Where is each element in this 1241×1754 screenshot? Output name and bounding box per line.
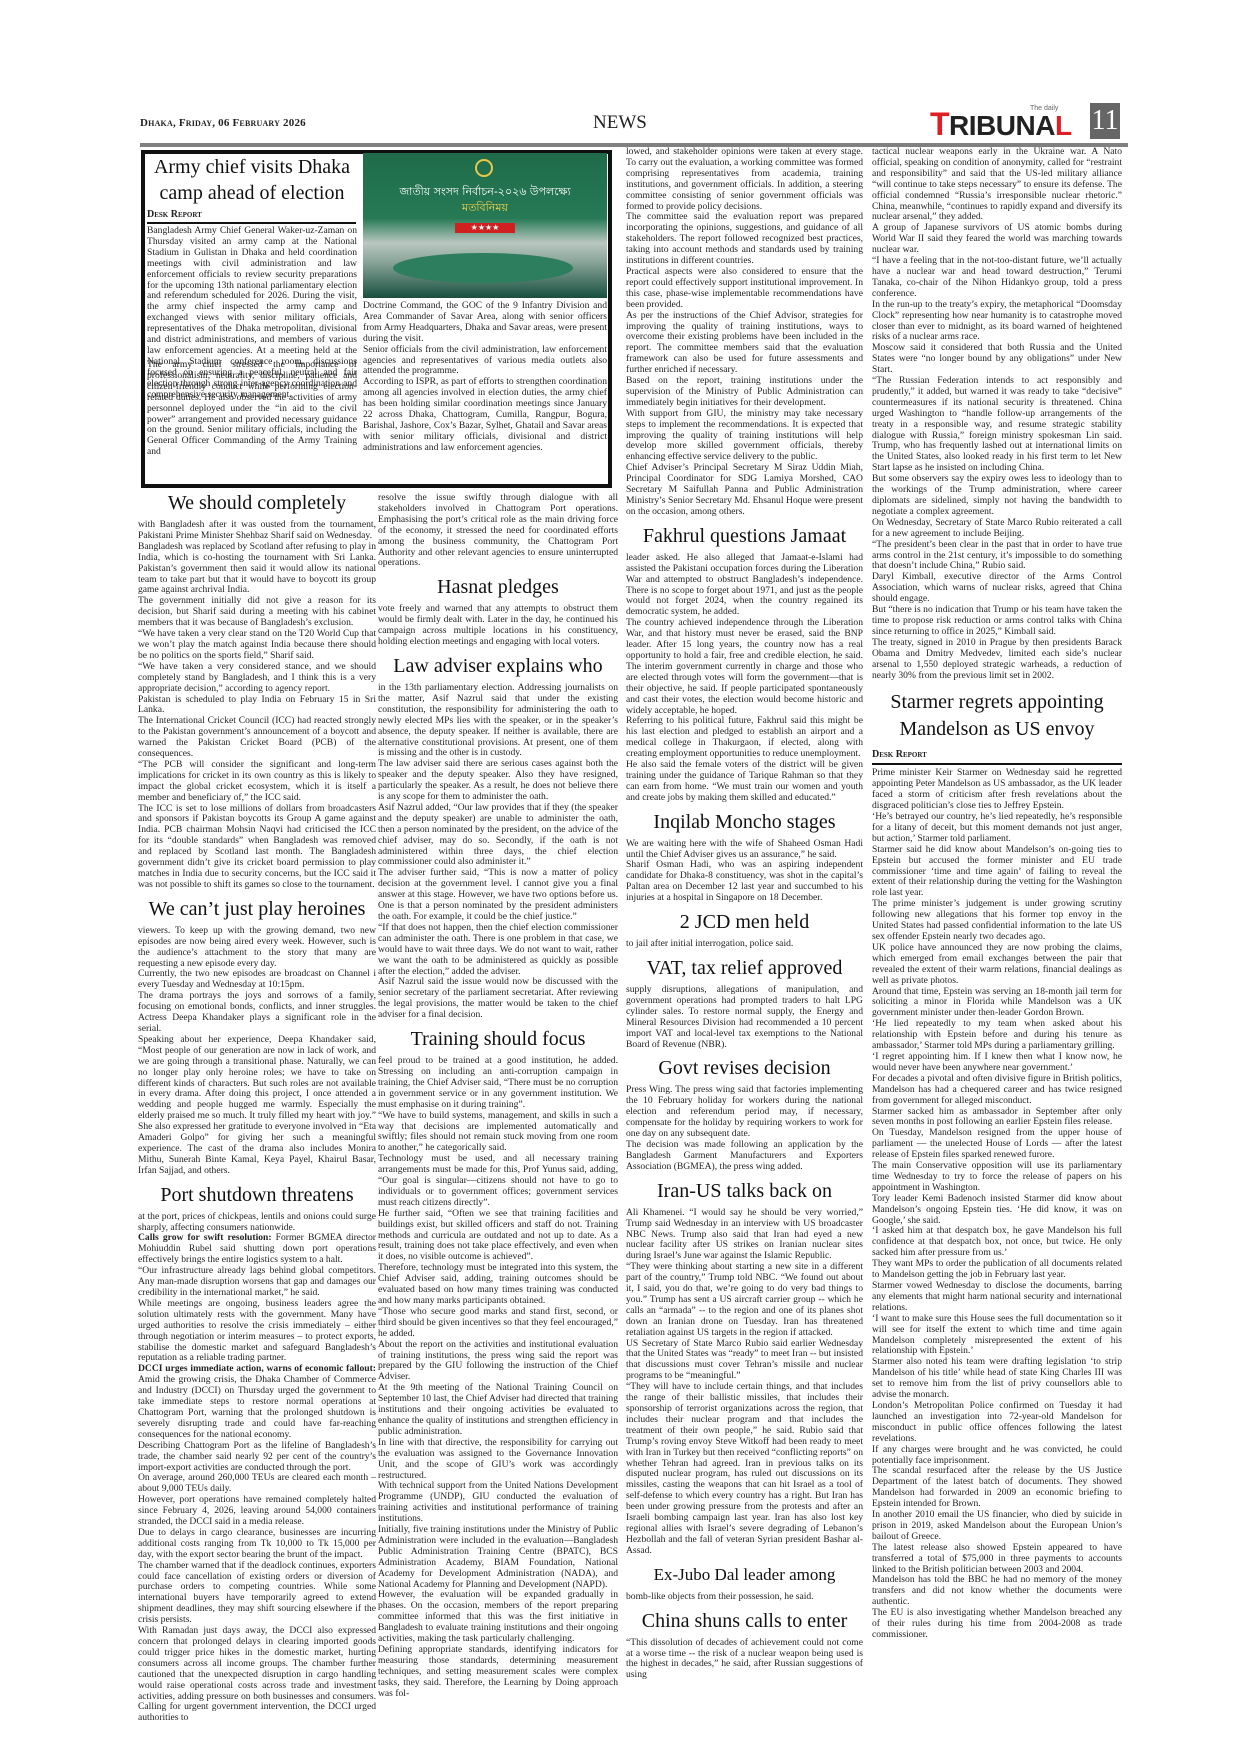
paragraph: About the report on the activities and i… bbox=[378, 1340, 618, 1384]
paragraph: UK police have announced they are now pr… bbox=[872, 943, 1122, 987]
paragraph: The main Conservative opposition will us… bbox=[872, 1161, 1122, 1194]
paragraph: Based on the report, training institutio… bbox=[626, 376, 863, 409]
paragraph: The drama portrays the joys and sorrows … bbox=[138, 991, 376, 1035]
paragraph: “We have to build systems, management, a… bbox=[378, 1111, 618, 1155]
paragraph: Asif Nazrul said the issue would now be … bbox=[378, 977, 618, 1021]
article-port-cont: resolve the issue swiftly through dialog… bbox=[378, 493, 618, 569]
column-3: lowed, and stakeholder opinions were tak… bbox=[626, 147, 863, 1681]
article-china: “This dissolution of decades of achievem… bbox=[626, 1638, 863, 1682]
article-iran: Ali Khamenei. “I would say he should be … bbox=[626, 1208, 863, 1557]
article-port: at the port, prices of chickpeas, lentil… bbox=[138, 1212, 376, 1725]
paragraph: to jail after initial interrogation, pol… bbox=[626, 939, 863, 950]
paragraph: The EU is also investigating whether Man… bbox=[872, 1608, 1122, 1641]
paragraph: Initially, five training institutions un… bbox=[378, 1525, 618, 1590]
paragraph: The scandal resurfaced after the release… bbox=[872, 1466, 1122, 1510]
headline-heroines: We can’t just play heroines bbox=[138, 897, 376, 921]
paragraph: Starmer sacked him as ambassador in Sept… bbox=[872, 1107, 1122, 1129]
paragraph: Mandelson has told the BBC he had no mem… bbox=[872, 1575, 1122, 1608]
paragraph: “I have a feeling that in the not-too-di… bbox=[872, 256, 1122, 300]
paragraph: Tory leader Kemi Badenoch insisted Starm… bbox=[872, 1194, 1122, 1227]
paragraph: Daryl Kimball, executive director of the… bbox=[872, 572, 1122, 605]
paragraph: Bangladesh was replaced by Scotland afte… bbox=[138, 542, 376, 597]
headline-china: China shuns calls to enter bbox=[626, 1609, 863, 1633]
article-jcd: to jail after initial interrogation, pol… bbox=[626, 939, 863, 950]
paragraph: Therefore, technology must be integrated… bbox=[378, 1263, 618, 1307]
lead-photo: জাতীয় সংসদ নির্বাচন-২০২৬ উপলক্ষ্যে মতবি… bbox=[363, 153, 607, 298]
logo-letter-l: L bbox=[1055, 110, 1072, 141]
paragraph: leader asked. He also alleged that Jamaa… bbox=[626, 553, 863, 618]
logo-letters-ribuna: RIBUNA bbox=[949, 110, 1055, 141]
paragraph: Sharif Osman Hadi, who was an aspiring i… bbox=[626, 860, 863, 904]
paragraph: US Secretary of State Marco Rubio said e… bbox=[626, 1339, 863, 1383]
paragraph: ‘I asked him at that despatch box, he ga… bbox=[872, 1226, 1122, 1259]
paragraph: Chief Adviser’s Principal Secretary M Si… bbox=[626, 463, 863, 518]
paragraph: feel proud to be trained at a good insti… bbox=[378, 1056, 618, 1111]
logo-wordmark: TRIBUNAL bbox=[930, 109, 1072, 141]
paragraph: Pakistan is scheduled to play India on F… bbox=[138, 695, 376, 717]
article-law: in the 13th parliamentary election. Addr… bbox=[378, 683, 618, 1021]
article-jubo: bomb-like objects from their possession,… bbox=[626, 1592, 863, 1603]
paragraph: However, port operations have remained c… bbox=[138, 1495, 376, 1528]
paragraph: Describing Chattogram Port as the lifeli… bbox=[138, 1441, 376, 1474]
starmer-byline: Desk Report bbox=[872, 749, 1122, 760]
headline-port: Port shutdown threatens bbox=[138, 1183, 376, 1207]
headline-fakhrul: Fakhrul questions Jamaat bbox=[626, 524, 863, 548]
paragraph: ‘He lied repeatedly to my team when aske… bbox=[872, 1019, 1122, 1052]
headline-training: Training should focus bbox=[378, 1027, 618, 1051]
paragraph: Asif Nazrul added, “Our law provides tha… bbox=[378, 803, 618, 868]
paragraph: Press Wing. The press wing said that fac… bbox=[626, 1085, 863, 1140]
paragraph: Ali Khamenei. “I would say he should be … bbox=[626, 1208, 863, 1263]
column-4: tactical nuclear weapons early in the Uk… bbox=[872, 147, 1122, 1641]
paragraph: He also said the female voters of the di… bbox=[626, 760, 863, 804]
headline-starmer: Starmer regrets appointing Mandelson as … bbox=[872, 689, 1122, 743]
paragraph: Doctrine Command, the GOC of the 9 Infan… bbox=[363, 301, 607, 345]
paragraph: With Ramadan just days away, the DCCI al… bbox=[138, 1626, 376, 1724]
paragraph: In the run-up to the treaty’s expiry, th… bbox=[872, 300, 1122, 344]
lead-headline: Army chief visits Dhaka camp ahead of el… bbox=[147, 154, 357, 206]
article-complete: with Bangladesh after it was ousted from… bbox=[138, 520, 376, 891]
paragraph: Calls grow for swift resolution: Former … bbox=[138, 1233, 376, 1266]
paragraph: “The PCB will consider the significant a… bbox=[138, 760, 376, 804]
lead-col1b: The army chief stressed the importance o… bbox=[147, 360, 357, 458]
paragraph: If any charges were brought and he was c… bbox=[872, 1445, 1122, 1467]
paragraph: at the port, prices of chickpeas, lentil… bbox=[138, 1212, 376, 1234]
paragraph: with Bangladesh after it was ousted from… bbox=[138, 520, 376, 542]
paragraph: Practical aspects were also considered t… bbox=[626, 267, 863, 311]
paragraph: “They will have to include certain thing… bbox=[626, 1382, 863, 1557]
paragraph: Starmer also noted his team were draftin… bbox=[872, 1357, 1122, 1401]
army-emblem-icon bbox=[475, 159, 493, 177]
paragraph: Speaking about her experience, Deepa Kha… bbox=[138, 1035, 376, 1177]
byline-rule bbox=[147, 222, 356, 224]
paragraph: They want MPs to order the publication o… bbox=[872, 1259, 1122, 1281]
paragraph: However, the evaluation will be expanded… bbox=[378, 1590, 618, 1645]
paragraph: The prime minister’s judgement is under … bbox=[872, 899, 1122, 943]
headline-law: Law adviser explains who bbox=[378, 654, 618, 678]
headline-hasnat: Hasnat pledges bbox=[378, 575, 618, 599]
paragraph: At the 9th meeting of the National Train… bbox=[378, 1383, 618, 1438]
headline-iran: Iran-US talks back on bbox=[626, 1179, 863, 1203]
paragraph: On Tuesday, Mandelson resigned from the … bbox=[872, 1128, 1122, 1161]
paragraph: ‘I regret appointing him. If I knew then… bbox=[872, 1052, 1122, 1074]
paragraph: tactical nuclear weapons early in the Uk… bbox=[872, 147, 1122, 223]
column-2: resolve the issue swiftly through dialog… bbox=[378, 493, 618, 1700]
article-starmer: Prime minister Keir Starmer on Wednesday… bbox=[872, 768, 1122, 1641]
paragraph: In another 2010 email the US financier, … bbox=[872, 1510, 1122, 1543]
paragraph: According to ISPR, as part of efforts to… bbox=[363, 377, 607, 453]
paragraph: The law adviser said there are serious c… bbox=[378, 759, 618, 803]
subhead: DCCI urges immediate action, warns of ec… bbox=[138, 1363, 376, 1374]
paragraph: Currently, the two new episodes are broa… bbox=[138, 969, 376, 991]
paragraph: The committee said the evaluation report… bbox=[626, 212, 863, 267]
paragraph: The country achieved independence throug… bbox=[626, 618, 863, 716]
lead-byline: Desk Report bbox=[147, 209, 202, 220]
paragraph: ‘He’s betrayed our country, he’s lied re… bbox=[872, 812, 1122, 845]
paragraph: resolve the issue swiftly through dialog… bbox=[378, 493, 618, 569]
article-training: feel proud to be trained at a good insti… bbox=[378, 1056, 618, 1699]
paragraph: With technical support from the United N… bbox=[378, 1481, 618, 1525]
paragraph: “Those who secure good marks and stand f… bbox=[378, 1307, 618, 1340]
paragraph: Defining appropriate standards, identify… bbox=[378, 1645, 618, 1700]
article-fakhrul: leader asked. He also alleged that Jamaa… bbox=[626, 553, 863, 804]
paragraph: “They were thinking about starting a new… bbox=[626, 1262, 863, 1338]
paragraph: “We have taken a very clear stand on the… bbox=[138, 629, 376, 662]
paragraph: The decision was made following an appli… bbox=[626, 1140, 863, 1173]
paragraph: “The Russian Federation intends to act r… bbox=[872, 376, 1122, 474]
paragraph: In line with that directive, the respons… bbox=[378, 1438, 618, 1482]
column-1: We should completely with Bangladesh aft… bbox=[138, 491, 376, 1724]
edition-date: Dhaka, Friday, 06 February 2026 bbox=[140, 117, 306, 129]
paragraph: But some observers say the expiry owes l… bbox=[872, 474, 1122, 518]
paragraph: A group of Japanese survivors of US atom… bbox=[872, 223, 1122, 256]
paragraph: While meetings are ongoing, business lea… bbox=[138, 1299, 376, 1364]
paragraph: Senior officials from the civil administ… bbox=[363, 345, 607, 378]
photo-banner-line2: মতবিনিময় bbox=[363, 199, 607, 218]
paragraph: “Our infrastructure already lags behind … bbox=[138, 1266, 376, 1299]
conference-table bbox=[393, 253, 573, 283]
paragraph: supply disruptions, allegations of manip… bbox=[626, 985, 863, 1050]
paragraph: Technology must be used, and all necessa… bbox=[378, 1154, 618, 1209]
paragraph: On average, around 260,000 TEUs are clea… bbox=[138, 1473, 376, 1495]
headline-inqilab: Inqilab Moncho stages bbox=[626, 810, 863, 834]
byline-rule bbox=[872, 763, 1122, 765]
paragraph: viewers. To keep up with the growing dem… bbox=[138, 926, 376, 970]
article-govt: Press Wing. The press wing said that fac… bbox=[626, 1085, 863, 1172]
paragraph: The adviser further said, “This is now a… bbox=[378, 868, 618, 923]
paragraph: The International Cricket Council (ICC) … bbox=[138, 716, 376, 760]
article-inqilab: We are waiting here with the wife of Sha… bbox=[626, 839, 863, 904]
paragraph: Moscow said it considered that both Russ… bbox=[872, 343, 1122, 376]
paragraph: As per the instructions of the Chief Adv… bbox=[626, 311, 863, 376]
paragraph: Prime minister Keir Starmer on Wednesday… bbox=[872, 768, 1122, 812]
paragraph: DCCI urges immediate action, warns of ec… bbox=[138, 1364, 376, 1440]
paragraph: Starmer vowed Wednesday to disclose the … bbox=[872, 1281, 1122, 1314]
headline-jcd: 2 JCD men held bbox=[626, 910, 863, 934]
page-number: 11 bbox=[1090, 103, 1120, 139]
masthead-logo: The daily TRIBUNAL 11 bbox=[930, 103, 1126, 139]
paragraph: The latest release also showed Epstein a… bbox=[872, 1543, 1122, 1576]
paragraph: ‘I want to make sure this House sees the… bbox=[872, 1314, 1122, 1358]
paragraph: in the 13th parliamentary election. Addr… bbox=[378, 683, 618, 759]
headline-jubo: Ex-Jubo Dal leader among bbox=[626, 1563, 863, 1587]
paragraph: We are waiting here with the wife of Sha… bbox=[626, 839, 863, 861]
paragraph: Due to delays in cargo clearance, busine… bbox=[138, 1528, 376, 1561]
paragraph: “The president’s been clear in the past … bbox=[872, 540, 1122, 573]
paragraph: With support from GIU, the ministry may … bbox=[626, 409, 863, 464]
section-name: NEWS bbox=[593, 112, 647, 134]
paragraph: But “there is no indication that Trump o… bbox=[872, 605, 1122, 638]
paragraph: Starmer said he did know about Mandelson… bbox=[872, 845, 1122, 900]
headline-vat: VAT, tax relief approved bbox=[626, 956, 863, 980]
paragraph: “This dissolution of decades of achievem… bbox=[626, 1638, 863, 1682]
paragraph: Around that time, Epstein was serving an… bbox=[872, 987, 1122, 1020]
headline-complete: We should completely bbox=[138, 491, 376, 515]
paragraph: The chamber warned that if the deadlock … bbox=[138, 1561, 376, 1626]
article-china-cont: tactical nuclear weapons early in the Uk… bbox=[872, 147, 1122, 681]
paragraph: bomb-like objects from their possession,… bbox=[626, 1592, 863, 1603]
subhead: Calls grow for swift resolution: bbox=[138, 1232, 272, 1243]
paragraph: The ICC is set to lose millions of dolla… bbox=[138, 804, 376, 891]
paragraph: On Wednesday, Secretary of State Marco R… bbox=[872, 518, 1122, 540]
paragraph: For decades a pivotal and often divisive… bbox=[872, 1074, 1122, 1107]
paragraph: “If that does not happen, then the chief… bbox=[378, 923, 618, 978]
article-hasnat: vote freely and warned that any attempts… bbox=[378, 604, 618, 648]
paragraph: The government initially did not give a … bbox=[138, 596, 376, 629]
paragraph: vote freely and warned that any attempts… bbox=[378, 604, 618, 648]
paragraph: “We have taken a very considered stance,… bbox=[138, 662, 376, 695]
paragraph: The treaty, signed in 2010 in Prague by … bbox=[872, 638, 1122, 682]
paragraph: He further said, “Often we see that trai… bbox=[378, 1209, 618, 1264]
paragraph: Referring to his political future, Fakhr… bbox=[626, 716, 863, 760]
paragraph: lowed, and stakeholder opinions were tak… bbox=[626, 147, 863, 212]
logo-letter-t: T bbox=[930, 106, 949, 142]
article-heroines: viewers. To keep up with the growing dem… bbox=[138, 926, 376, 1177]
paragraph: The army chief stressed the importance o… bbox=[147, 360, 357, 458]
lead-col2: Doctrine Command, the GOC of the 9 Infan… bbox=[363, 301, 607, 454]
article-vat: supply disruptions, allegations of manip… bbox=[626, 985, 863, 1050]
article-training-cont: lowed, and stakeholder opinions were tak… bbox=[626, 147, 863, 518]
paragraph: London’s Metropolitan Police confirmed o… bbox=[872, 1401, 1122, 1445]
headline-govt: Govt revises decision bbox=[626, 1056, 863, 1080]
star-rank-icon: ★★★★ bbox=[455, 223, 515, 233]
